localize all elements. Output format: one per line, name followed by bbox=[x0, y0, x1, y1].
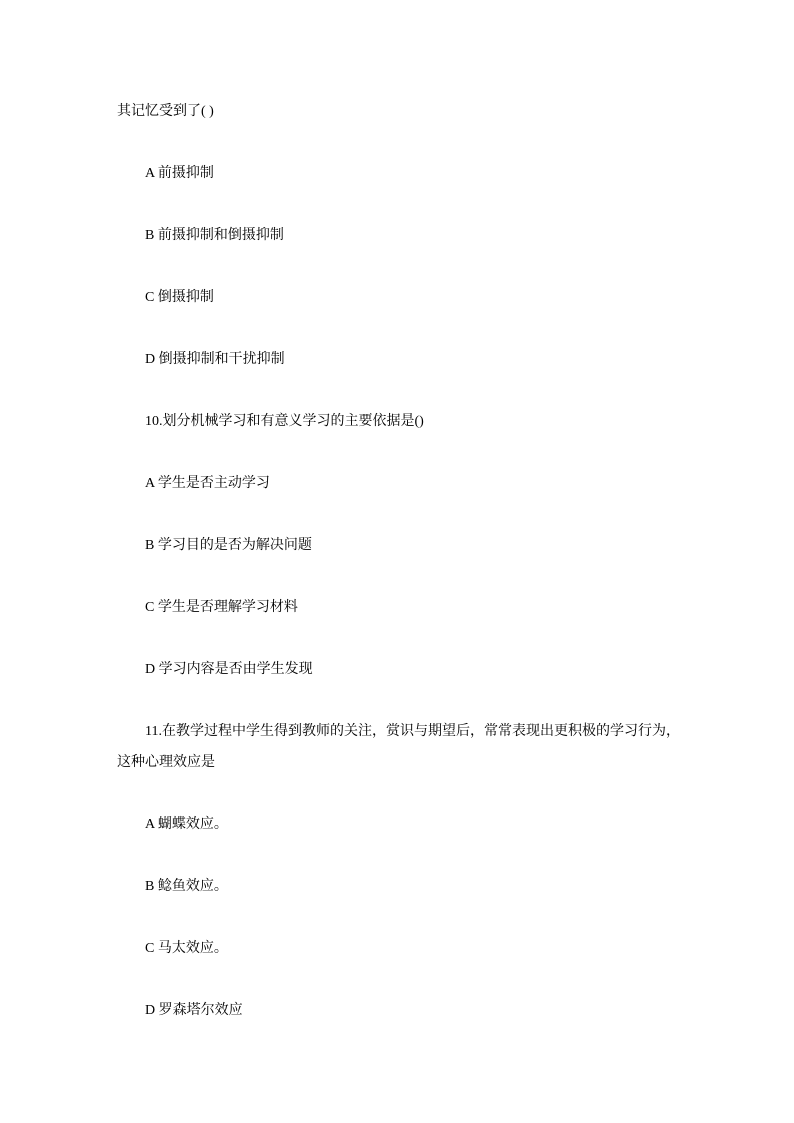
q11-option-a: A 蝴蝶效应。 bbox=[117, 809, 692, 840]
q9-option-a: A 前摄抑制 bbox=[117, 158, 692, 189]
q9-option-c: C 倒摄抑制 bbox=[117, 282, 692, 313]
question9-continuation: 其记忆受到了( ) bbox=[117, 96, 692, 127]
question-11: 11.在教学过程中学生得到教师的关注，赏识与期望后，常常表现出更积极的学习行为，… bbox=[117, 716, 692, 778]
q11-option-d: D 罗森塔尔效应 bbox=[117, 995, 692, 1026]
q10-option-b: B 学习目的是否为解决问题 bbox=[117, 530, 692, 561]
q11-option-c: C 马太效应。 bbox=[117, 933, 692, 964]
q10-option-d: D 学习内容是否由学生发现 bbox=[117, 654, 692, 685]
q9-option-d: D 倒摄抑制和干扰抑制 bbox=[117, 344, 692, 375]
q11-option-b: B 鲶鱼效应。 bbox=[117, 871, 692, 902]
q10-option-a: A 学生是否主动学习 bbox=[117, 468, 692, 499]
question-10: 10.划分机械学习和有意义学习的主要依据是() bbox=[117, 406, 692, 437]
document-page: 其记忆受到了( ) A 前摄抑制 B 前摄抑制和倒摄抑制 C 倒摄抑制 D 倒摄… bbox=[0, 0, 794, 1123]
q9-option-b: B 前摄抑制和倒摄抑制 bbox=[117, 220, 692, 251]
q10-option-c: C 学生是否理解学习材料 bbox=[117, 592, 692, 623]
